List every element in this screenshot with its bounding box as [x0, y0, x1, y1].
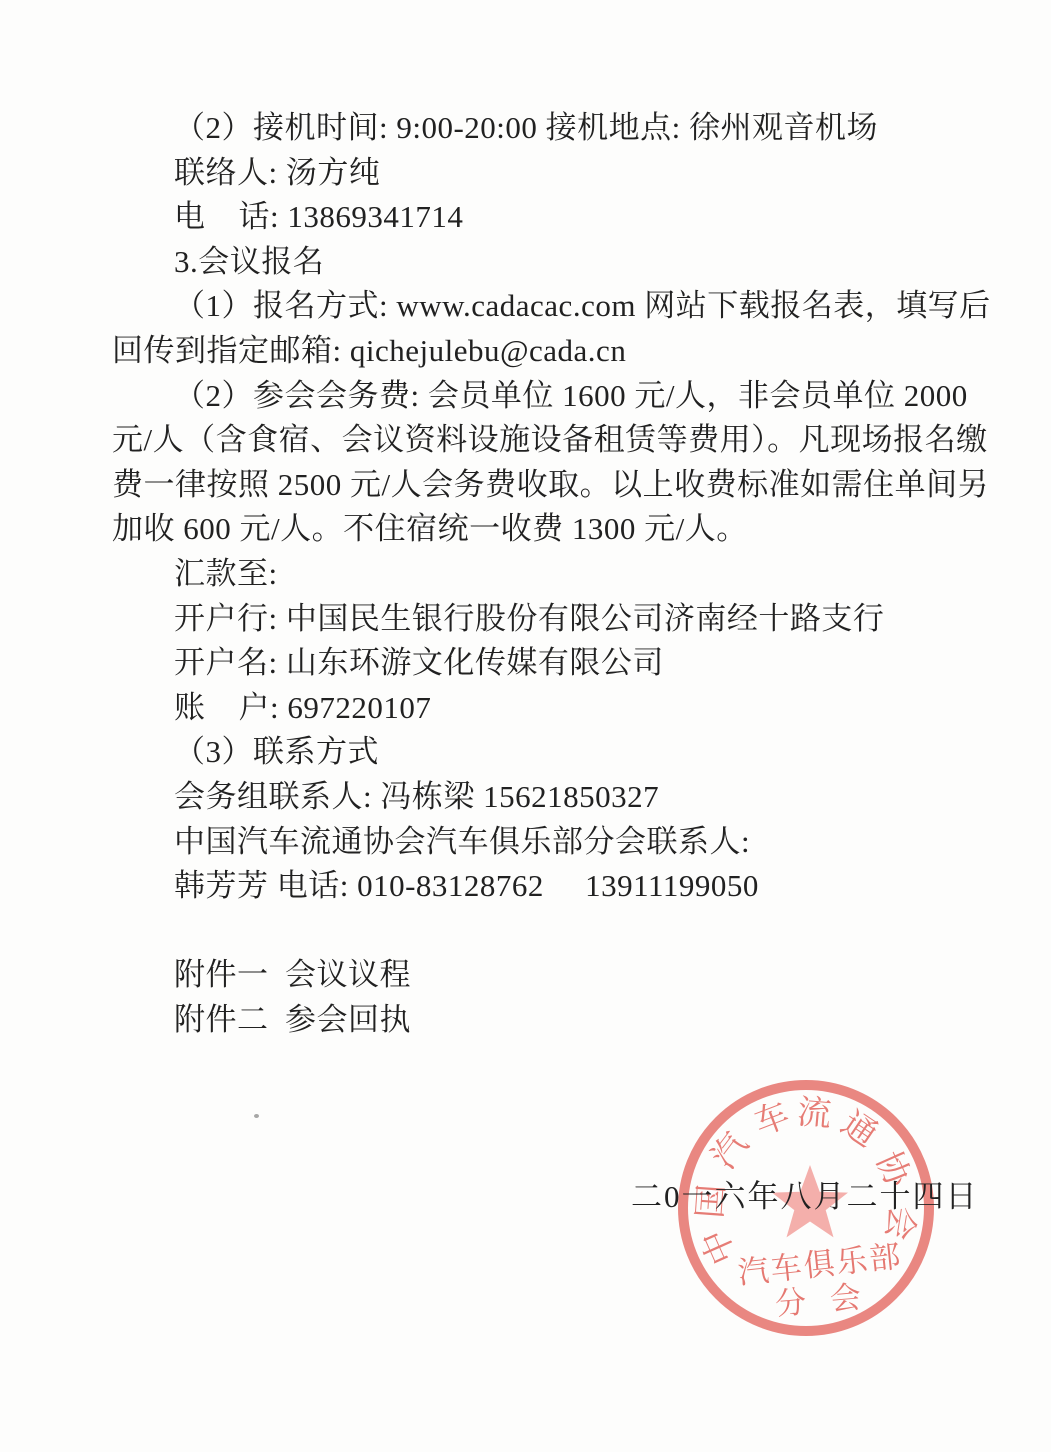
document-line: 加收 600 元/人。不住宿统一收费 1300 元/人。 [112, 507, 992, 552]
document-line: 回传到指定邮箱: qichejulebu@cada.cn [112, 329, 992, 374]
document-line: 费一律按照 2500 元/人会务费收取。以上收费标准如需住单间另 [112, 463, 992, 508]
document-page: 中国汽车流通协会 汽车俱乐部 分会 （2）接机时间: 9:00-20:00 接机… [0, 0, 1051, 1452]
document-line: 电 话: 13869341714 [112, 195, 992, 240]
document-line: （3）联系方式 [112, 730, 992, 775]
document-line: 联络人: 汤方纯 [112, 151, 992, 196]
document-line: 韩芳芳 电话: 010-83128762 13911199050 [112, 864, 992, 909]
document-line: 汇款至: [112, 552, 992, 597]
seal-ring-char: 流 [796, 1093, 833, 1134]
document-line: 开户行: 中国民生银行股份有限公司济南经十路支行 [112, 597, 992, 642]
document-line: （2）参会会务费: 会员单位 1600 元/人，非会员单位 2000 [112, 374, 992, 419]
document-line: 附件一 会议议程 [112, 953, 992, 998]
document-line: 附件二 参会回执 [112, 998, 992, 1043]
document-line: （2）接机时间: 9:00-20:00 接机地点: 徐州观音机场 [112, 106, 992, 151]
document-line [112, 909, 992, 954]
document-line: 账 户: 697220107 [112, 686, 992, 731]
seal-ring-char: 车 [749, 1095, 794, 1143]
date-line: 二0一六年八月二十四日 [631, 1171, 979, 1216]
document-line: 元/人（含食宿、会议资料设施设备租赁等费用）。凡现场报名缴 [112, 418, 992, 463]
document-line: 开户名: 山东环游文化传媒有限公司 [112, 641, 992, 686]
document-line: （1）报名方式: www.cadacac.com 网站下载报名表，填写后 [112, 284, 992, 329]
document-line: 3.会议报名 [112, 240, 992, 285]
document-body: （2）接机时间: 9:00-20:00 接机地点: 徐州观音机场联络人: 汤方纯… [112, 106, 992, 1042]
document-line: 会务组联系人: 冯栋梁 15621850327 [112, 775, 992, 820]
ink-speck [254, 1114, 259, 1118]
document-line: 中国汽车流通协会汽车俱乐部分会联系人: [112, 820, 992, 865]
